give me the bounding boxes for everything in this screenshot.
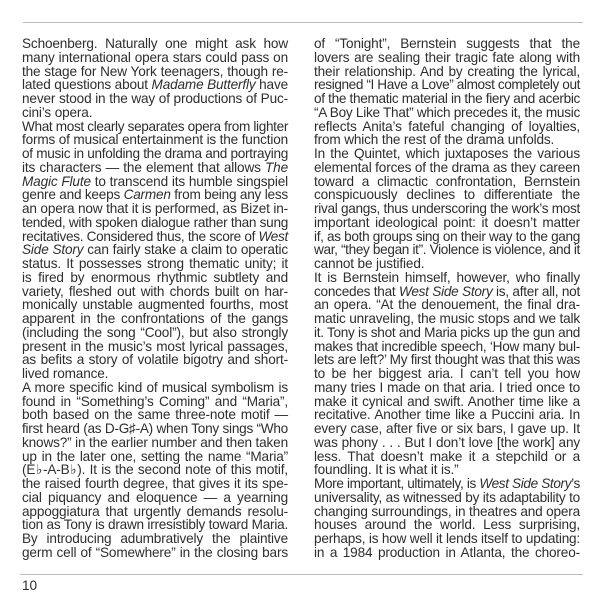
text-segment: lated questions about xyxy=(22,77,152,92)
text-line: the stage for New York teenagers, though… xyxy=(22,65,288,79)
text-line: status. It possesses strong thematic uni… xyxy=(22,257,288,271)
text-line: resigned “I Have a Love” almost complete… xyxy=(314,78,580,92)
text-line: makes that incredible speech, ‘How many … xyxy=(314,340,580,354)
text-line: as befits a story of volatile bigotry an… xyxy=(22,353,288,367)
text-line: “A Boy Like That” which precedes it, the… xyxy=(314,106,580,120)
text-segment: recitatives. Considered thus, the score … xyxy=(22,229,259,244)
text-line: cannot be justified. xyxy=(314,257,580,271)
text-line: lovers are sealing their tragic fate alo… xyxy=(314,51,580,65)
text-segment: genre and keeps xyxy=(22,187,124,202)
text-line: never stood in the way of productions of… xyxy=(22,92,288,106)
text-line: What most clearly separates opera from l… xyxy=(22,120,288,134)
text-line: perhaps, is how well it lends itself to … xyxy=(314,532,580,546)
text-line: In the Quintet, which juxtaposes the var… xyxy=(314,147,580,161)
text-line: of the thematic material in the fiery an… xyxy=(314,92,580,106)
text-line: from which the rest of the drama unfolds… xyxy=(314,133,580,147)
italic-title: West Side Story xyxy=(399,284,493,299)
text-line: genre and keeps Carmen from being any le… xyxy=(22,188,288,202)
text-line: foundling. It is what it is.” xyxy=(314,463,580,477)
text-line: rival gangs, thus underscoring the work’… xyxy=(314,202,580,216)
left-text-column: Schoenberg. Naturally one might ask howm… xyxy=(22,37,288,560)
text-segment: to transcend its humble singspiel xyxy=(91,174,288,189)
text-line: in a 1984 production in Atlanta, the cho… xyxy=(314,546,580,560)
text-line: found in “Something’s Coming” and “Maria… xyxy=(22,395,288,409)
text-line: less. That doesn’t make it a stepchild o… xyxy=(314,450,580,464)
text-line: Side Story can fairly stake a claim to o… xyxy=(22,243,288,257)
italic-title: West Side Story xyxy=(479,476,571,491)
text-line: lived romance. xyxy=(22,367,288,381)
text-line: an opera. “At the denouement, the final … xyxy=(314,298,580,312)
text-line: war, “they began it”. Violence is violen… xyxy=(314,243,580,257)
italic-title: Side Story xyxy=(22,242,83,257)
text-line: appoggiatura that urgently demands resol… xyxy=(22,505,288,519)
text-line: tion as Tony is drawn irresistibly towar… xyxy=(22,518,288,532)
text-line: it. Tony is shot and Maria picks up the … xyxy=(314,326,580,340)
text-line: to be her biggest aria. I can’t tell you… xyxy=(314,367,580,381)
text-line: up in the later one, setting the name “M… xyxy=(22,450,288,464)
text-line: first heard (as D-G♯-A) when Tony sings … xyxy=(22,422,288,436)
text-line: important ideological point: it doesn’t … xyxy=(314,216,580,230)
text-line: lated questions about Madame Butterfly h… xyxy=(22,78,288,92)
text-line: By introducing adumbratively the plainti… xyxy=(22,532,288,546)
text-line: A more specific kind of musical symbolis… xyxy=(22,381,288,395)
text-segment: from being any less xyxy=(171,187,288,202)
italic-title: Magic Flute xyxy=(22,174,91,189)
text-line: every case, after five or six bars, I ga… xyxy=(314,422,580,436)
italic-title: West xyxy=(259,229,288,244)
text-line: conspicuously declines to differentiate … xyxy=(314,188,580,202)
text-line: both based on the same three-note motif … xyxy=(22,408,288,422)
text-line: monically unstable augmented fourths, mo… xyxy=(22,298,288,312)
text-line: was phony . . . But I don’t love [the wo… xyxy=(314,436,580,450)
text-line: make it cynical and swift. Another time … xyxy=(314,395,580,409)
text-line: houses around the world. Less surprising… xyxy=(314,518,580,532)
text-line: forms of musical entertainment is the fu… xyxy=(22,133,288,147)
text-line: an opera now that it is performed, as Bi… xyxy=(22,202,288,216)
text-segment: More important, ultimately, is xyxy=(314,476,479,491)
text-line: Schoenberg. Naturally one might ask how xyxy=(22,37,288,51)
text-line: many international opera stars could pas… xyxy=(22,51,288,65)
text-line: lets are left?’ My first thought was tha… xyxy=(314,353,580,367)
text-line: of “Tonight”, Bernstein suggests that th… xyxy=(314,37,580,51)
text-line: its characters — the element that allows… xyxy=(22,161,288,175)
italic-title: Madame Butterfly xyxy=(152,77,256,92)
text-line: elemental forces of the drama as they ca… xyxy=(314,161,580,175)
text-segment: concedes that xyxy=(314,284,399,299)
text-line: cial piquancy and eloquence — a yearning xyxy=(22,491,288,505)
text-line: is fired by enormous rhythmic subtlety a… xyxy=(22,271,288,285)
text-line: changing surroundings, in theatres and o… xyxy=(314,505,580,519)
text-line: if, as both groups sing on their way to … xyxy=(314,230,580,244)
text-segment: ’s xyxy=(571,476,580,491)
top-rule xyxy=(23,22,583,23)
text-line: germ cell of “Somewhere” in the closing … xyxy=(22,546,288,560)
text-line: Magic Flute to transcend its humble sing… xyxy=(22,175,288,189)
text-line: apparent in the confrontations of the ga… xyxy=(22,312,288,326)
page-number: 10 xyxy=(22,578,37,593)
text-line: the raised fourth degree, that gives it … xyxy=(22,477,288,491)
text-line: recitative. Another time like a Puccini … xyxy=(314,408,580,422)
text-line: It is Bernstein himself, however, who fi… xyxy=(314,271,580,285)
text-line: (E♭-A-B♭). It is the second note of this… xyxy=(22,463,288,477)
text-line: toward a climactic confrontation, Bernst… xyxy=(314,175,580,189)
text-line: cini’s opera. xyxy=(22,106,288,120)
italic-title: Carmen xyxy=(124,187,171,202)
text-line: recitatives. Considered thus, the score … xyxy=(22,230,288,244)
text-line: More important, ultimately, is West Side… xyxy=(314,477,580,491)
text-line: of music in unfolding the drama and port… xyxy=(22,147,288,161)
text-line: knows?” in the earlier number and then t… xyxy=(22,436,288,450)
text-line: (including the song “Cool”), but also st… xyxy=(22,326,288,340)
text-segment: its characters — the element that allows xyxy=(22,160,265,175)
bottom-rule xyxy=(20,574,583,575)
text-line: matic unraveling, the music stops and we… xyxy=(314,312,580,326)
text-line: universality, as witnessed by its adapta… xyxy=(314,491,580,505)
text-line: their relationship. And by creating the … xyxy=(314,65,580,79)
right-text-column: of “Tonight”, Bernstein suggests that th… xyxy=(314,37,580,560)
text-line: concedes that West Side Story is, after … xyxy=(314,285,580,299)
italic-title: The xyxy=(265,160,288,175)
text-line: tended, with spoken dialogue rather than… xyxy=(22,216,288,230)
text-line: present in the music’s most lyrical pass… xyxy=(22,340,288,354)
text-segment: can fairly stake a claim to operatic xyxy=(83,242,288,257)
text-line: variety, fleshed out with chords built o… xyxy=(22,285,288,299)
text-line: many tries I made on that aria. I tried … xyxy=(314,381,580,395)
text-line: reflects Anita’s fateful changing of loy… xyxy=(314,120,580,134)
text-segment: is, after all, not xyxy=(493,284,581,299)
text-segment: have xyxy=(256,77,288,92)
